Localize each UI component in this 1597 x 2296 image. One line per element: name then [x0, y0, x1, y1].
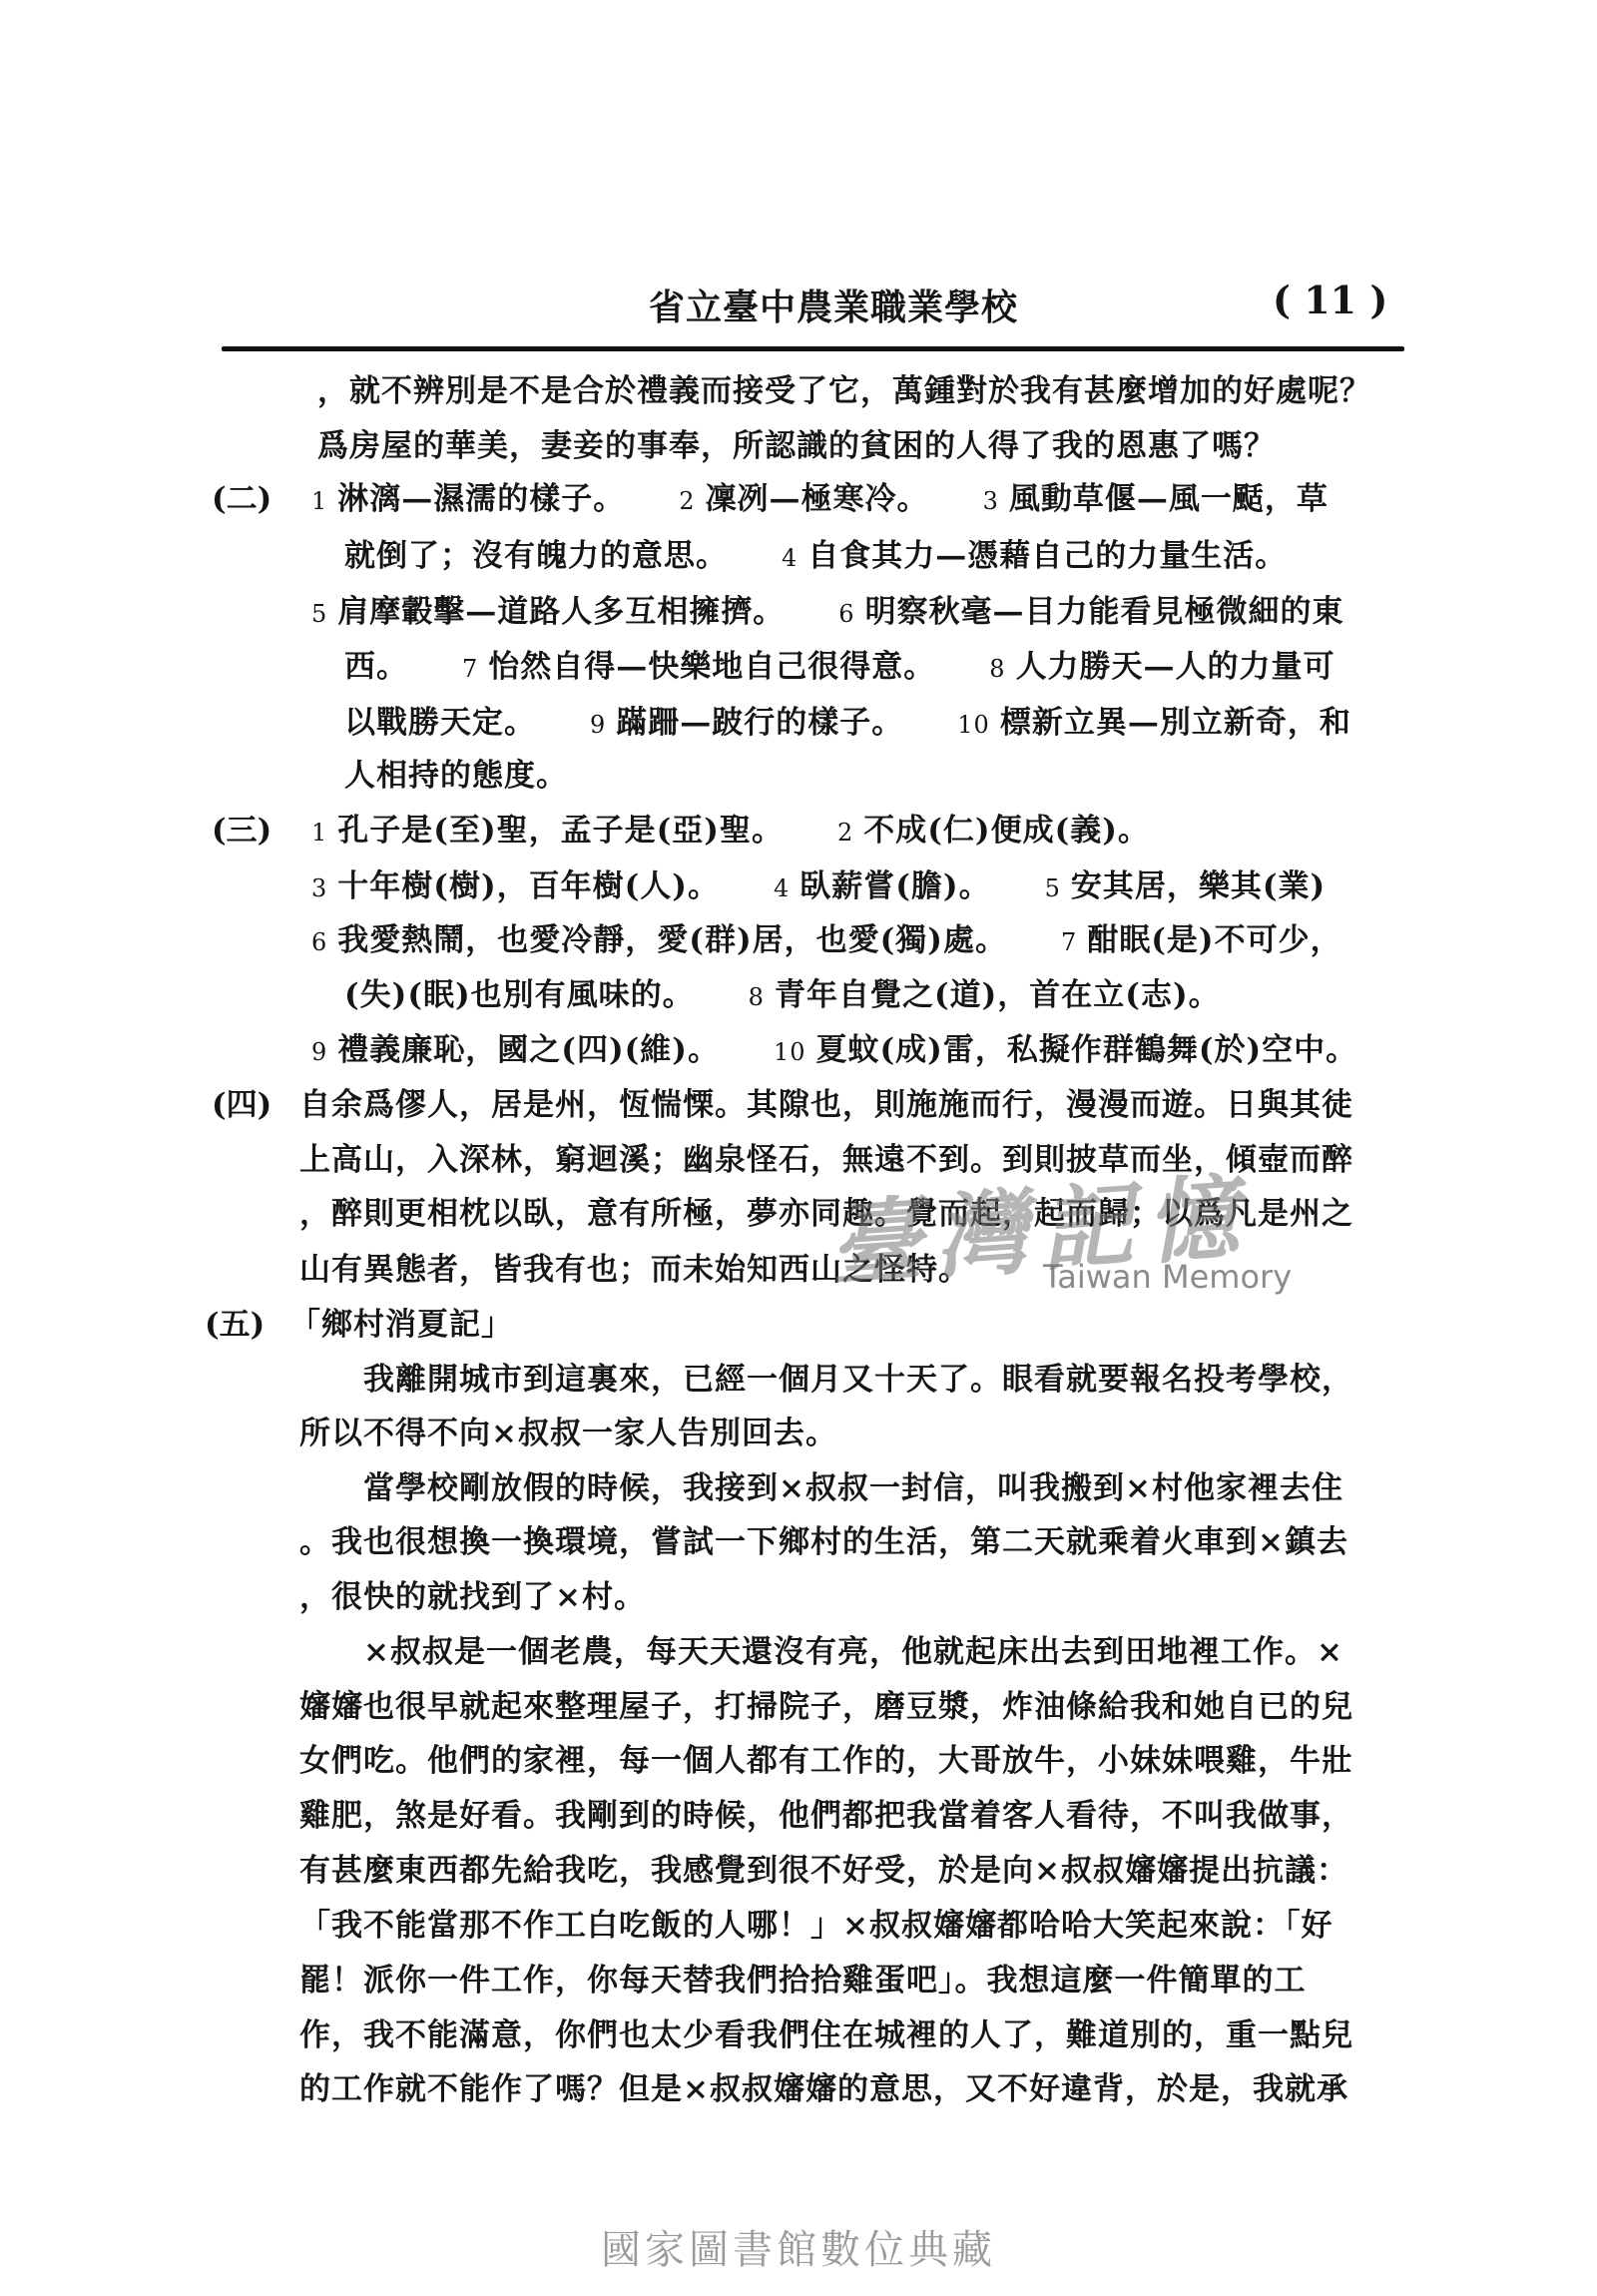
scanned-page: 省立臺中農業職業學校 ( 11 ) ，就不辨別是不是合於禮義而接受了它，萬鍾對於…: [0, 0, 1597, 2296]
item-text: 禮義廉恥，國之(四)(維)。: [337, 1032, 720, 1068]
item-number: 2: [679, 487, 695, 515]
item-number: 9: [311, 1038, 327, 1066]
item-number: 6: [838, 600, 854, 628]
item-text: (失)(眠)也別有風味的。: [344, 977, 695, 1013]
section2-line: 西。7怡然自得—快樂地自己很得意。8人力勝天—人的力量可: [344, 647, 1335, 689]
item-text: 人力勝天—人的力量可: [1016, 649, 1335, 685]
item-text: 酣眠(是)不可少，: [1087, 922, 1341, 958]
section3-line: 9禮義廉恥，國之(四)(維)。10夏蚊(成)雷，私擬作群鶴舞(於)空中。: [311, 1030, 1357, 1072]
item-text: 臥薪嘗(膽)。: [799, 868, 990, 904]
essay-line: 我離開城市到這裏來，已經一個月又十天了。眼看就要報名投考學校，: [299, 1360, 1353, 1400]
item-number: 8: [989, 655, 1005, 683]
item-text: 蹣跚—跛行的樣子。: [616, 705, 903, 741]
section-label-4: (四): [212, 1085, 271, 1125]
item-text: 孔子是(至)聖，孟子是(亞)聖。: [337, 813, 784, 849]
item-number: 1: [311, 487, 327, 515]
essay-line: 作，我不能滿意，你們也太少看我們住在城裡的人了，難道別的，重一點兒: [299, 2015, 1353, 2055]
section3-line: (失)(眠)也別有風味的。8青年自覺之(道)，首在立(志)。: [344, 975, 1221, 1017]
section-label-2: (二): [212, 479, 271, 519]
item-number: 8: [749, 983, 765, 1011]
item-text: 凜冽—極寒冷。: [706, 481, 929, 517]
item-text: 人相持的態度。: [344, 758, 568, 794]
section2-line: 人相持的態度。: [344, 756, 568, 796]
essay-line: 雞肥，煞是好看。我剛到的時候，他們都把我當着客人看待，不叫我做事，: [299, 1796, 1353, 1836]
item-number: 10: [774, 1038, 806, 1066]
item-text: 安其居，樂其(業): [1071, 868, 1326, 904]
section2-line: 1淋漓—濕濡的樣子。2凜冽—極寒冷。3風動草偃—風一颳，草: [311, 479, 1329, 521]
essay-line: 「我不能當那不作工白吃飯的人哪！」×叔叔嬸嬸都哈哈大笑起來說：「好: [299, 1906, 1332, 1946]
item-text: 肩摩轂擊—道路人多互相擁擠。: [337, 594, 785, 630]
section3-line: 3十年樹(樹)，百年樹(人)。4臥薪嘗(膽)。5安其居，樂其(業): [311, 866, 1326, 908]
item-text: 明察秋毫—目力能看見極微細的東: [865, 594, 1344, 630]
item-text: 十年樹(樹)，百年樹(人)。: [337, 868, 720, 904]
item-number: 7: [462, 655, 478, 683]
section-label-3: (三): [212, 811, 271, 851]
section2-line: 5肩摩轂擊—道路人多互相擁擠。6明察秋毫—目力能看見極微細的東: [311, 592, 1344, 634]
item-number: 4: [782, 544, 798, 572]
essay-line: 罷！派你一件工作，你每天替我們拾拾雞蛋吧」。我想這麼一件簡單的工: [299, 1961, 1307, 2001]
essay-line: 女們吃。他們的家裡，每一個人都有工作的，大哥放牛，小妹妹喂雞，牛壯: [299, 1741, 1353, 1781]
item-number: 3: [983, 487, 999, 515]
page-number: ( 11 ): [1273, 278, 1387, 322]
item-text: 就倒了；沒有魄力的意思。: [344, 538, 728, 574]
section3-line: 6我愛熱鬧，也愛冷靜，愛(群)居，也愛(獨)處。7酣眠(是)不可少，: [311, 920, 1342, 962]
item-number: 4: [774, 874, 790, 902]
intro-line: 爲房屋的華美，妻妾的事奉，所認識的貧困的人得了我的恩惠了嗎？: [317, 426, 1276, 466]
essay-line: 有甚麼東西都先給我吃，我感覺到很不好受，於是向×叔叔嬸嬸提出抗議：: [299, 1851, 1348, 1891]
section4-line: 上高山，入深林，窮迴溪；幽泉怪石，無遠不到。到則披草而坐，傾壺而醉: [299, 1140, 1353, 1180]
header-divider: [222, 346, 1404, 351]
section-label-5: (五): [205, 1305, 265, 1345]
section2-line: 以戰勝天定。9蹣跚—跛行的樣子。10標新立異—別立新奇，和: [344, 703, 1351, 745]
section3-line: 1孔子是(至)聖，孟子是(亞)聖。2不成(仁)便成(義)。: [311, 811, 1150, 853]
item-text: 淋漓—濕濡的樣子。: [337, 481, 625, 517]
item-number: 5: [311, 600, 327, 628]
item-text: 以戰勝天定。: [344, 705, 536, 741]
essay-line: 。我也很想換一換環境，嘗試一下鄉村的生活，第二天就乘着火車到×鎮去: [299, 1522, 1348, 1562]
library-footer: 國家圖書館數位典藏: [0, 2218, 1597, 2275]
item-text: 西。: [344, 649, 408, 685]
section2-line: 就倒了；沒有魄力的意思。4自食其力—憑藉自己的力量生活。: [344, 536, 1287, 578]
essay-line: ×叔叔是一個老農，每天天還沒有亮，他就起床出去到田地裡工作。×: [299, 1632, 1343, 1672]
item-number: 10: [957, 711, 990, 739]
section4-line: 山有異態者，皆我有也；而未始知西山之怪特。: [299, 1250, 970, 1290]
item-text: 風動草偃—風一颳，草: [1009, 481, 1329, 517]
item-text: 青年自覺之(道)，首在立(志)。: [775, 977, 1221, 1013]
essay-line: 所以不得不向×叔叔一家人告別回去。: [299, 1414, 837, 1453]
section4-line: 自余爲僇人，居是州，恆惴慄。其隙也，則施施而行，漫漫而遊。日與其徒: [299, 1085, 1353, 1125]
item-number: 6: [311, 928, 327, 956]
item-text: 標新立異—別立新奇，和: [1000, 705, 1351, 741]
item-number: 2: [837, 819, 853, 847]
essay-line: ，很快的就找到了×村。: [299, 1577, 646, 1617]
item-text: 不成(仁)便成(義)。: [863, 813, 1150, 849]
item-text: 怡然自得—快樂地自己很得意。: [488, 649, 935, 685]
school-title: 省立臺中農業職業學校: [649, 280, 1018, 330]
item-text: 自食其力—憑藉自己的力量生活。: [807, 538, 1287, 574]
item-number: 7: [1061, 928, 1077, 956]
essay-title: 「鄉村消夏記」: [289, 1305, 513, 1345]
watermark-english: Taiwan Memory: [1043, 1258, 1292, 1296]
item-text: 我愛熱鬧，也愛冷靜，愛(群)居，也愛(獨)處。: [337, 922, 1007, 958]
item-number: 5: [1045, 874, 1061, 902]
item-text: 夏蚊(成)雷，私擬作群鶴舞(於)空中。: [816, 1032, 1358, 1068]
essay-line: 嬸嬸也很早就起來整理屋子，打掃院子，磨豆漿，炸油條給我和她自已的兒: [299, 1687, 1353, 1727]
essay-line: 當學校剛放假的時候，我接到×叔叔一封信，叫我搬到×村他家裡去住: [299, 1468, 1343, 1508]
section4-line: ，醉則更相枕以臥，意有所極，夢亦同趣。覺而起，起而歸；以爲凡是州之: [299, 1194, 1353, 1234]
item-number: 9: [590, 711, 606, 739]
intro-line: ，就不辨別是不是合於禮義而接受了它，萬鍾對於我有甚麼增加的好處呢？: [317, 371, 1371, 411]
item-number: 3: [311, 874, 327, 902]
item-number: 1: [311, 819, 327, 847]
essay-line: 的工作就不能作了嗎？但是×叔叔嬸嬸的意思，又不好違背，於是，我就承: [299, 2069, 1348, 2109]
page-header: 省立臺中農業職業學校 ( 11 ): [220, 280, 1402, 339]
